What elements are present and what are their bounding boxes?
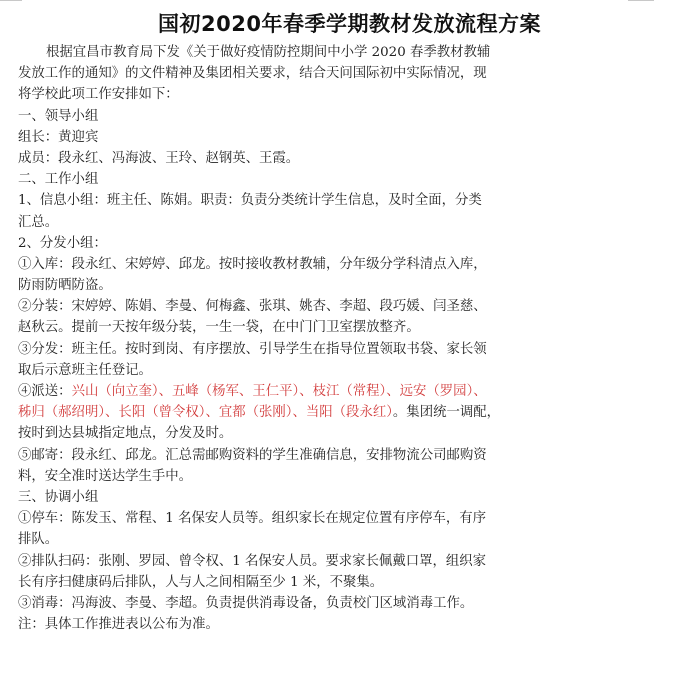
delivery-counties-1: 兴山（向立奎）、五峰（杨军、王仁平）、枝江（常程）、远安（罗园）、	[72, 384, 487, 399]
queue-scan-line-1: ②排队扫码：张刚、罗园、曾令权、1 名保安人员。要求家长佩戴口罩，组织家	[18, 551, 478, 572]
delivery-suffix: 。集团统一调配，	[393, 405, 500, 420]
delivery-counties-2: 秭归（郝绍明）、长阳（曾令权）、宜都（张刚）、当阳（段永红）	[18, 405, 393, 420]
packing-line-2: 赵秋云。提前一天按年级分装，一生一袋，在中门门卫室摆放整齐。	[18, 317, 478, 338]
mail-line-2: 料，安全准时送达学生手中。	[18, 466, 478, 487]
delivery-line-1: ④派送：兴山（向立奎）、五峰（杨军、王仁平）、枝江（常程）、远安（罗园）、	[18, 381, 478, 402]
disinfection-line: ③消毒：冯海波、李曼、李超。负责提供消毒设备，负责校门区域消毒工作。	[18, 593, 478, 614]
parking-line-1: ①停车：陈发玉、常程、1 名保安人员等。组织家长在规定位置有序停车，有序	[18, 508, 478, 529]
handout-line-2: 取后示意班主任登记。	[18, 360, 478, 381]
handout-line-1: ③分发：班主任。按时到岗、有序摆放、引导学生在指导位置领取书袋、家长领	[18, 339, 478, 360]
delivery-prefix: ④派送：	[18, 384, 72, 399]
storage-line-1: ①入库：段永红、宋婷婷、邱龙。按时接收教材教辅，分年级分学科清点入库，	[18, 254, 478, 275]
mail-line-1: ⑤邮寄：段永红、邱龙。汇总需邮购资料的学生准确信息，安排物流公司邮购资	[18, 445, 478, 466]
leadership-members: 成员：段永红、冯海波、王玲、赵钢英、王霞。	[18, 148, 478, 169]
delivery-line-2: 秭归（郝绍明）、长阳（曾令权）、宜都（张刚）、当阳（段永红）。集团统一调配，	[18, 402, 478, 423]
section-leadership-heading: 一、领导小组	[18, 106, 478, 127]
parking-line-2: 排队。	[18, 529, 478, 550]
note-line: 注：具体工作推进表以公布为准。	[18, 614, 478, 635]
page-corner-mark-right	[628, 0, 654, 1]
queue-scan-line-2: 长有序扫健康码后排队，人与人之间相隔至少 1 米，不聚集。	[18, 572, 478, 593]
packing-line-1: ②分装：宋婷婷、陈娟、李曼、何梅鑫、张琪、姚杏、李超、段巧媛、闫圣慈、	[18, 296, 478, 317]
page-corner-mark-left	[0, 0, 22, 1]
intro-line-2: 发放工作的通知》的文件精神及集团相关要求，结合天问国际初中实际情况，现	[18, 63, 478, 84]
info-group-line-2: 汇总。	[18, 212, 478, 233]
section-work-group-heading: 二、工作小组	[18, 169, 478, 190]
document-title: 国初2020年春季学期教材发放流程方案	[0, 8, 699, 38]
document-body: 根据宜昌市教育局下发《关于做好疫情防控期间中小学 2020 春季教材教辅 发放工…	[18, 42, 478, 635]
delivery-line-3: 按时到达县城指定地点，分发及时。	[18, 423, 478, 444]
info-group-line-1: 1、信息小组：班主任、陈娟。职责：负责分类统计学生信息，及时全面，分类	[18, 190, 478, 211]
distribution-group-heading: 2、分发小组：	[18, 233, 478, 254]
storage-line-2: 防雨防晒防盗。	[18, 275, 478, 296]
intro-line-3: 将学校此项工作安排如下：	[18, 84, 478, 105]
intro-line-1: 根据宜昌市教育局下发《关于做好疫情防控期间中小学 2020 春季教材教辅	[18, 42, 478, 63]
section-coordination-heading: 三、协调小组	[18, 487, 478, 508]
leadership-leader: 组长：黄迎宾	[18, 127, 478, 148]
